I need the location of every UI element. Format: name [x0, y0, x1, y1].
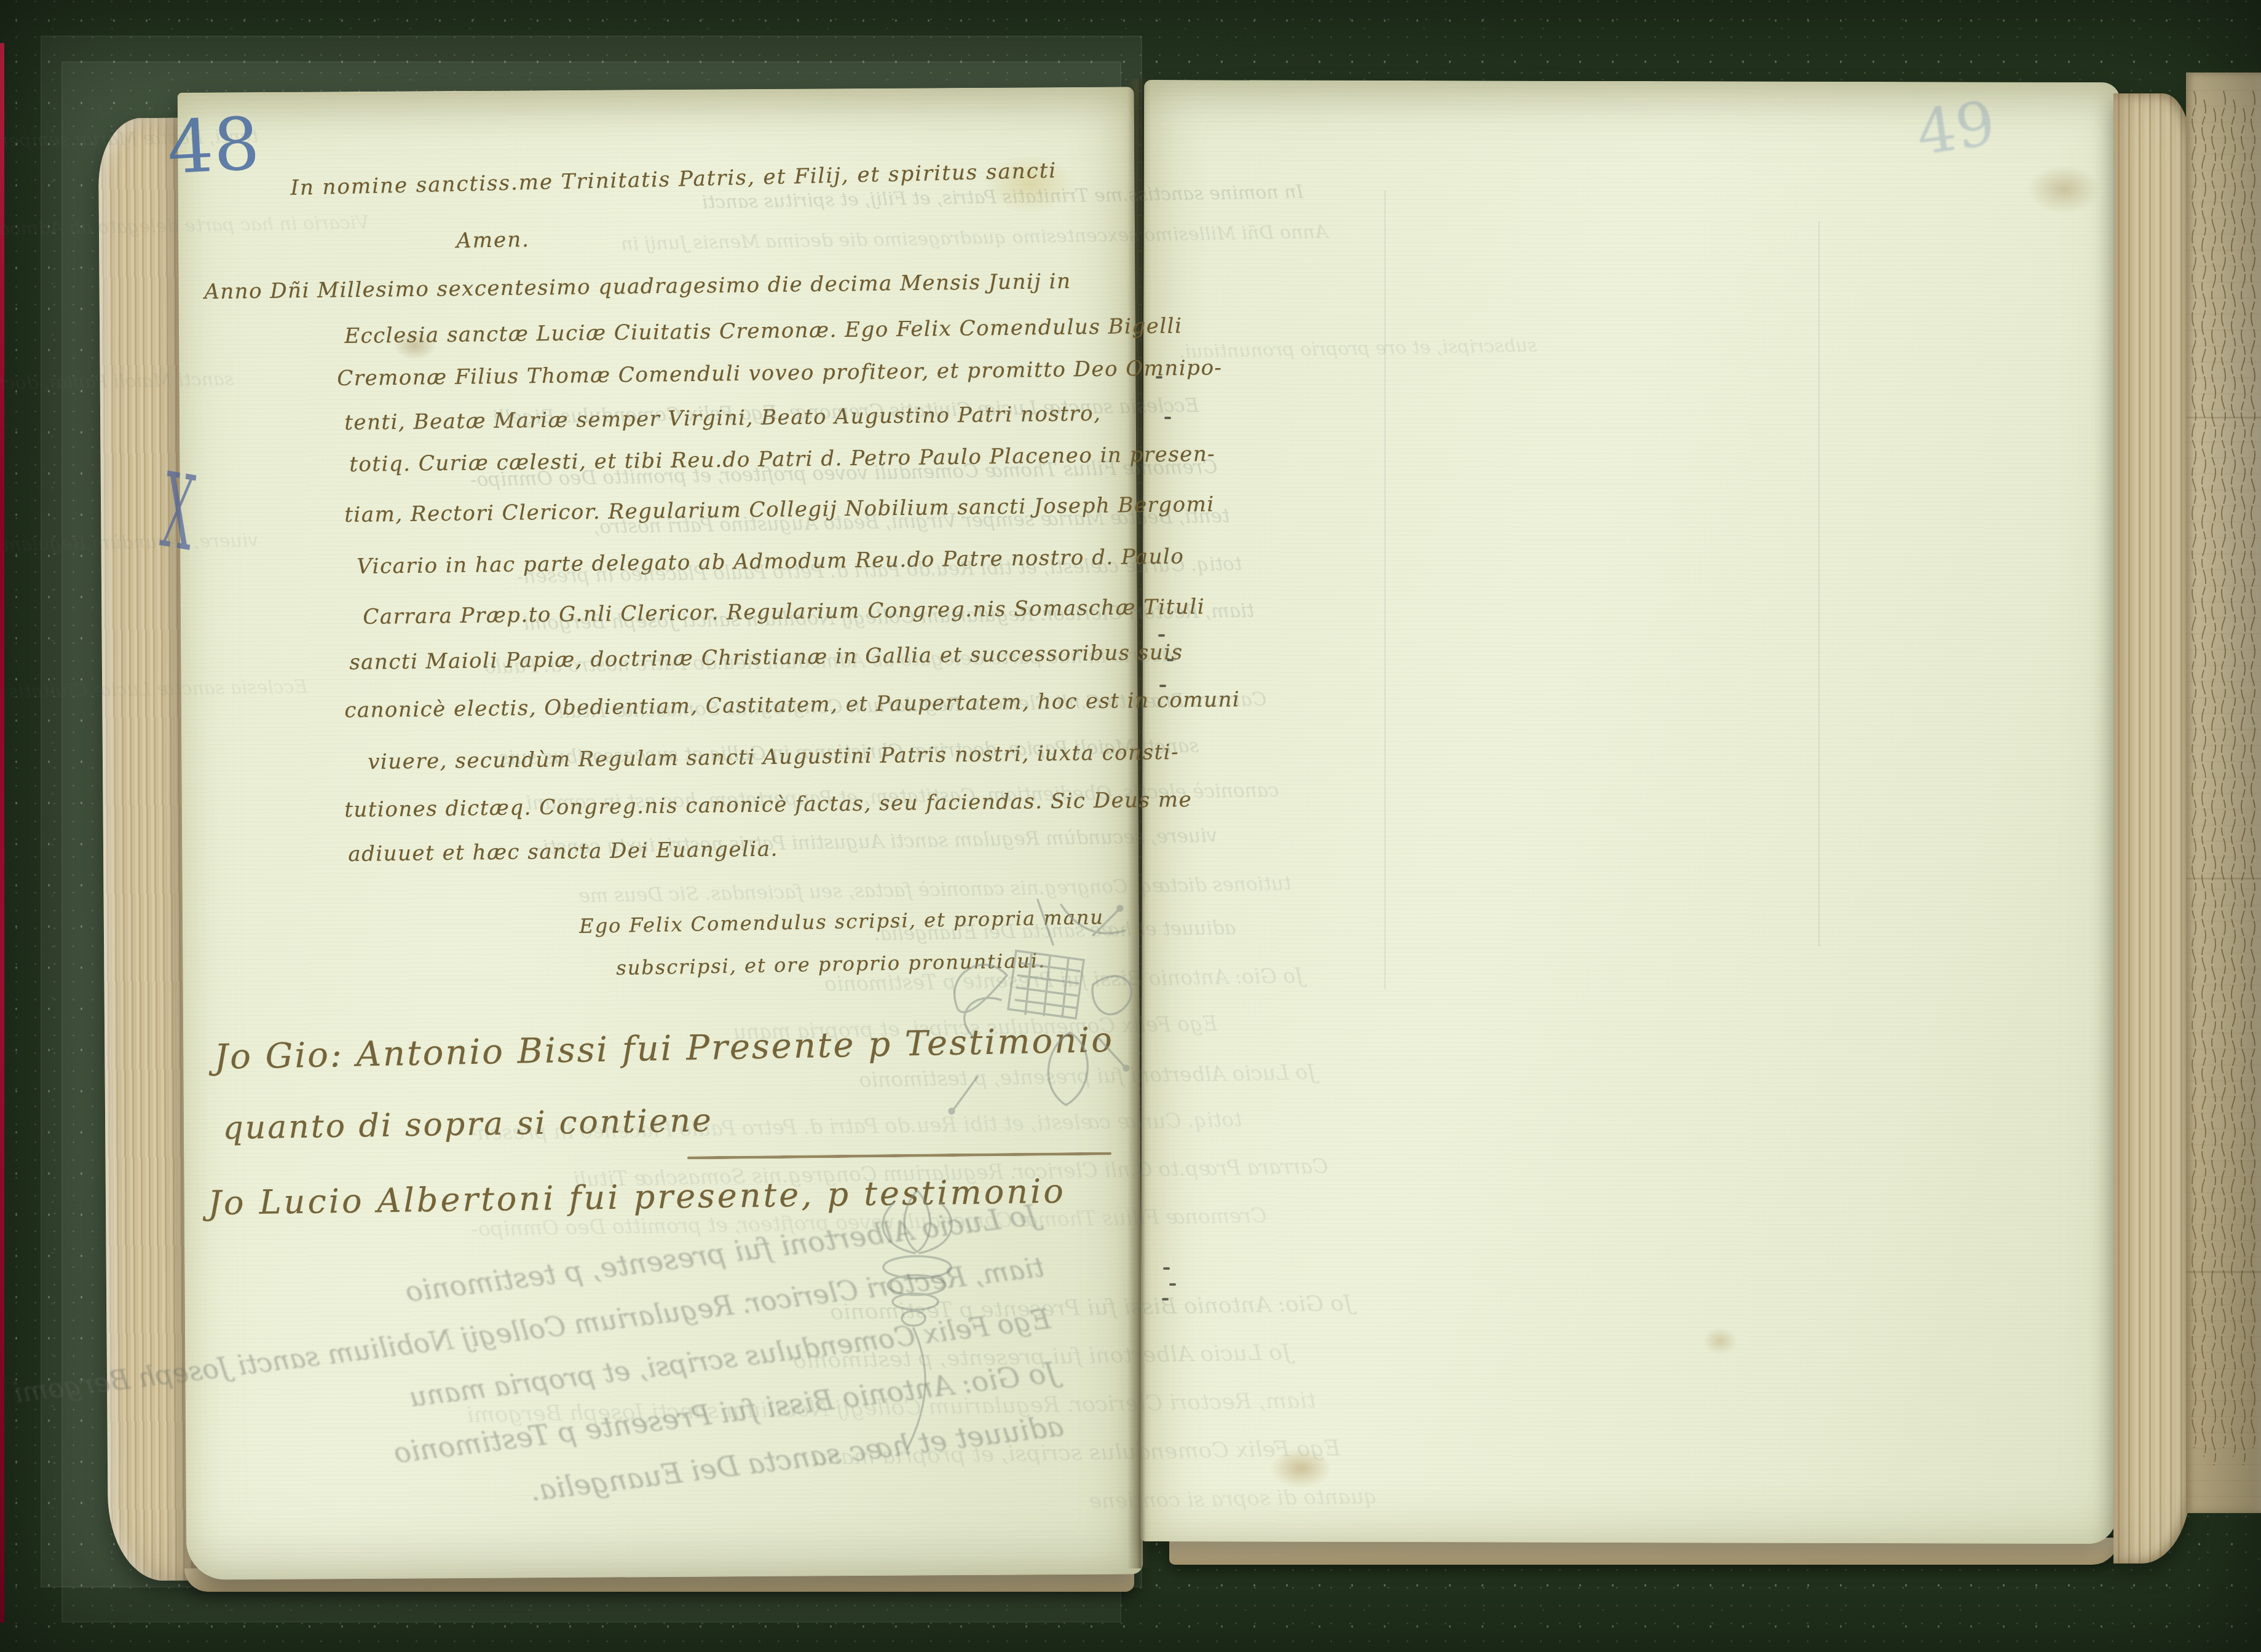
photo-vignette — [0, 0, 2261, 1652]
manuscript-photo: 48 49 X In nomine sanctiss.me Trinitatis… — [0, 0, 2261, 1652]
